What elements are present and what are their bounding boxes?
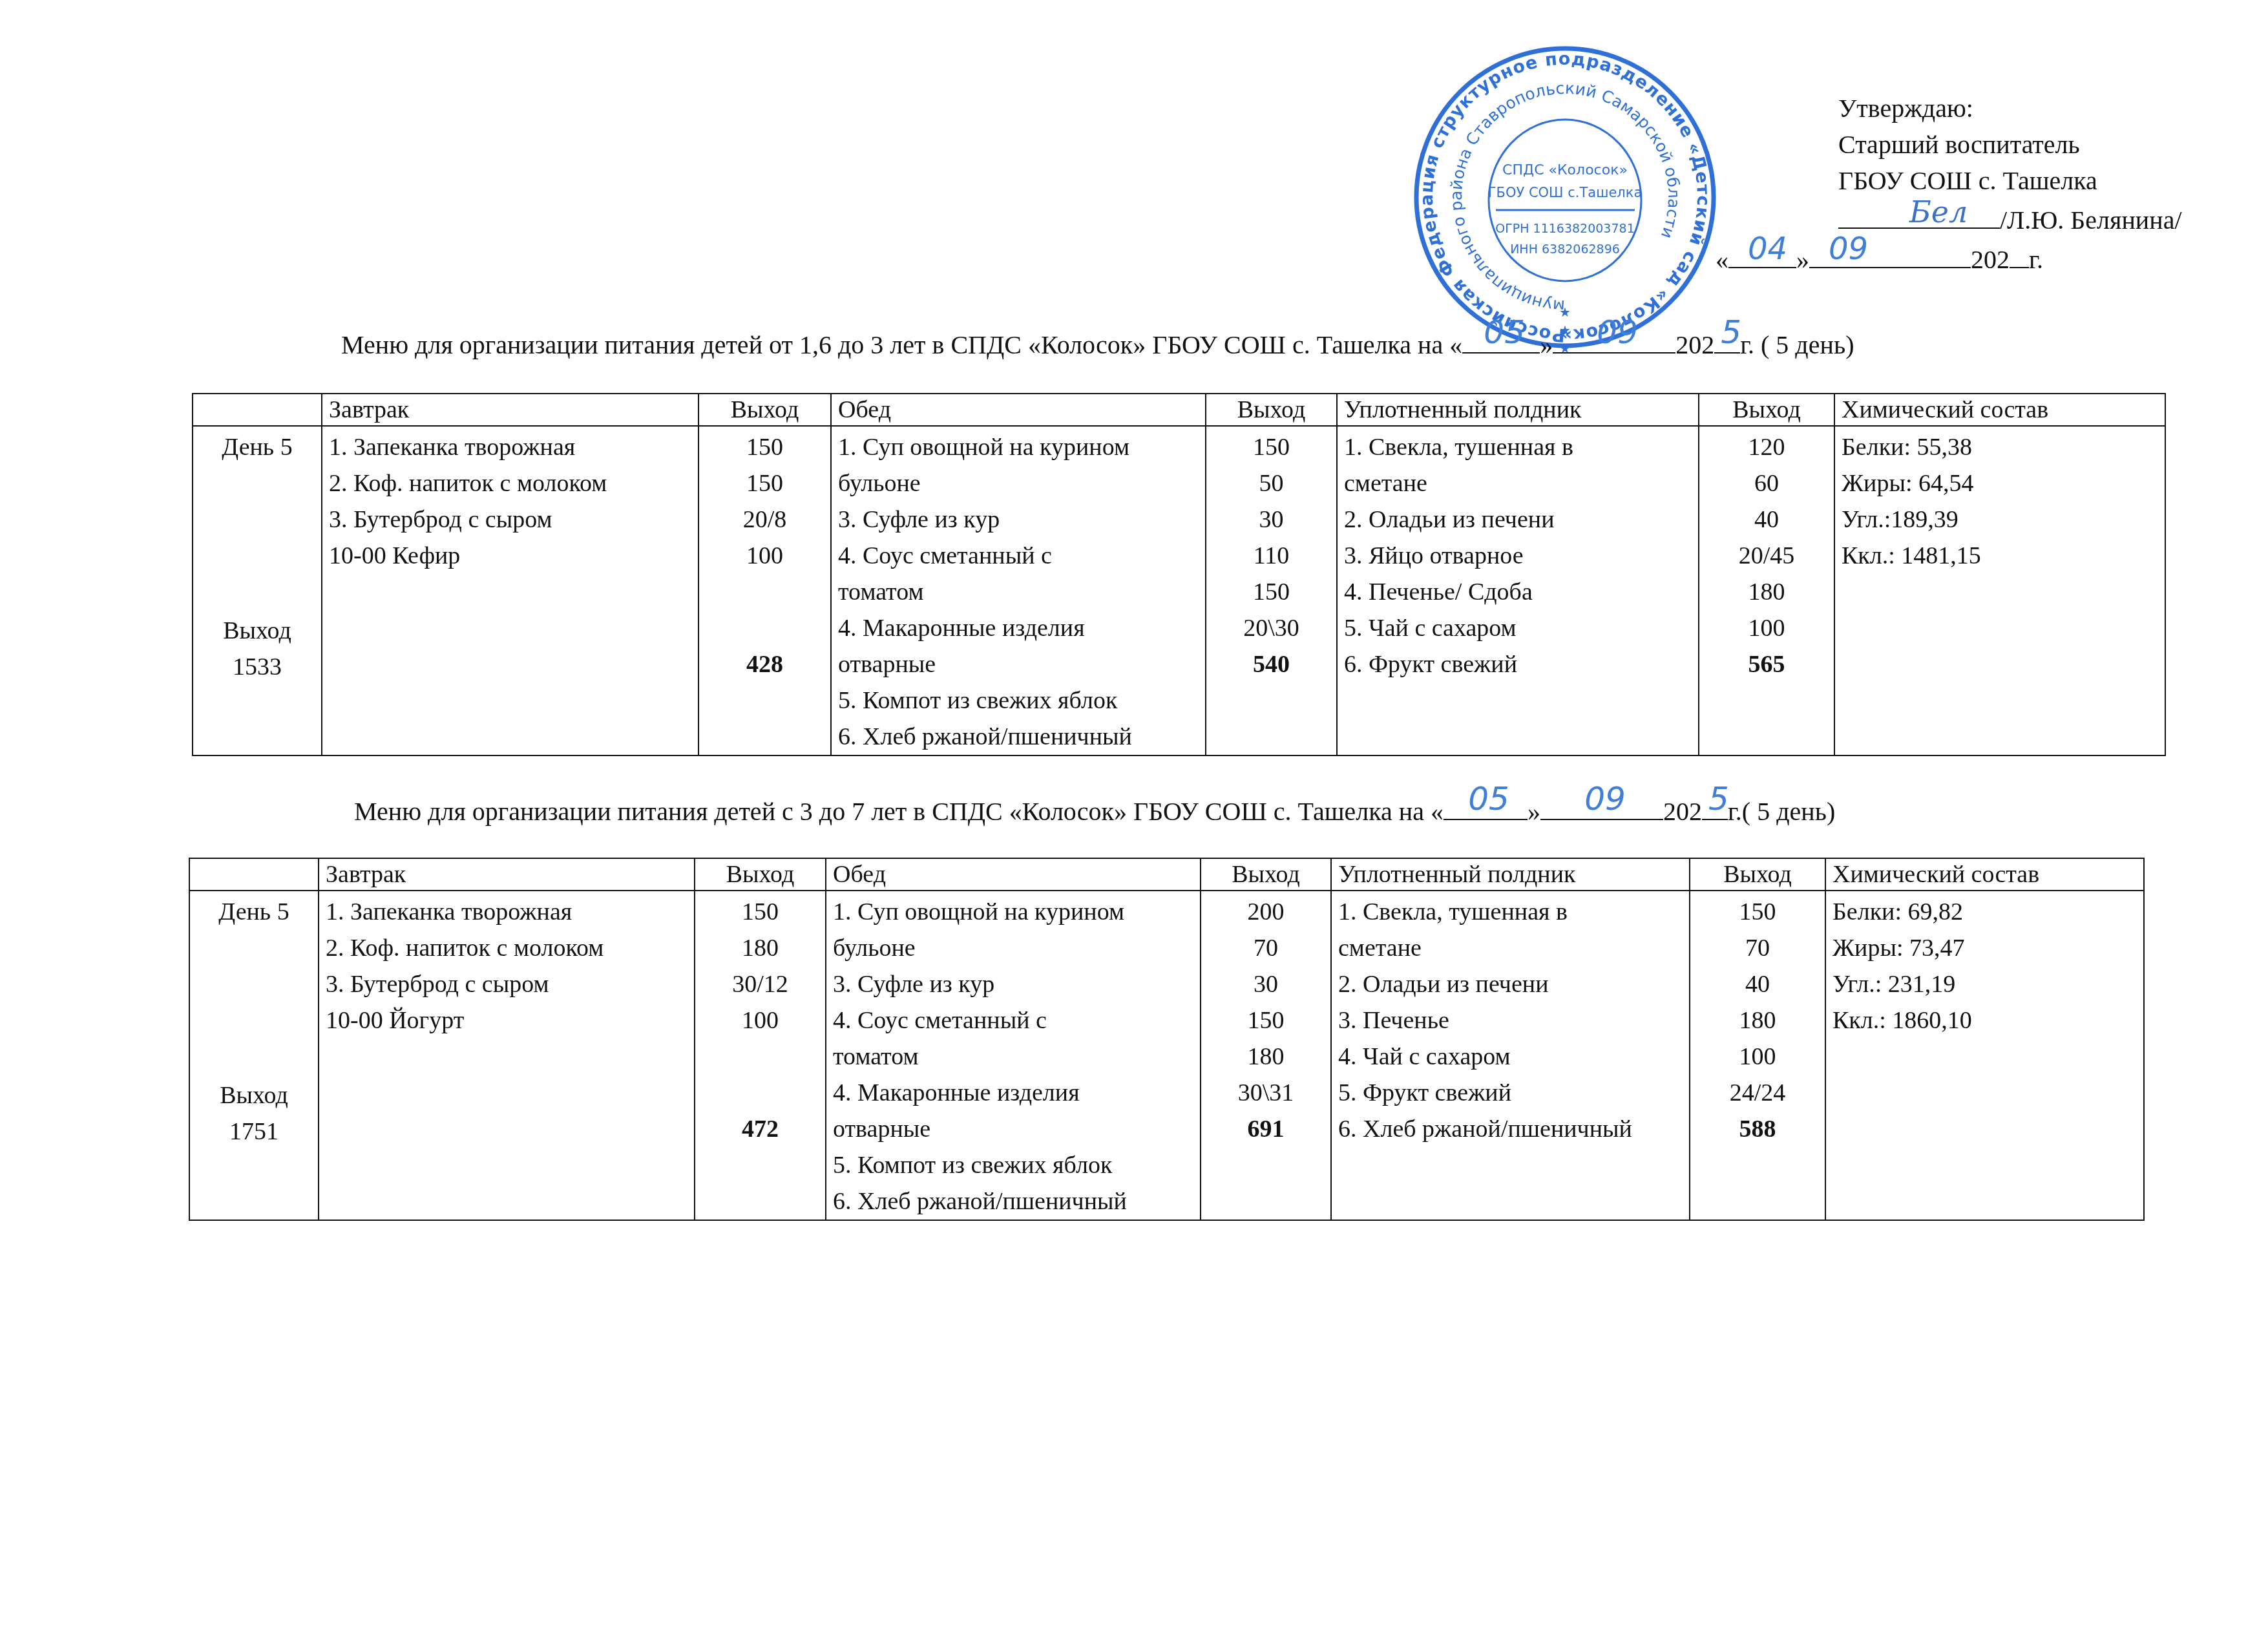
header-breakfast-yield: Выход — [695, 858, 826, 891]
list-item: 20\30 — [1213, 610, 1330, 646]
list-item: 4. Чай с сахаром — [1338, 1039, 1683, 1075]
list-item: 6. Фрукт свежий — [1344, 646, 1692, 682]
list-item: Белки: 69,82 — [1832, 894, 2137, 930]
list-item: 6. Хлеб ржаной/пшеничный — [1338, 1111, 1683, 1147]
list-item: 6. Хлеб ржаной/пшеничный — [838, 719, 1199, 755]
list-item: 70 — [1697, 930, 1818, 966]
header-lunch: Обед — [831, 394, 1206, 426]
lunch-items: 1. Суп овощной на куриномбульоне3. Суфле… — [826, 891, 1201, 1220]
breakfast-items: 1. Запеканка творожная2. Коф. напиток с … — [319, 891, 695, 1220]
list-item: 30/12 — [702, 966, 819, 1002]
list-item: 5. Компот из свежих яблок — [838, 682, 1199, 719]
menu-table: ЗавтракВыходОбедВыходУплотненный полдник… — [189, 858, 2145, 1221]
header-blank — [193, 394, 322, 426]
lunch-items: 1. Суп овощной на куриномбульоне3. Суфле… — [831, 426, 1206, 755]
list-item: 30\31 — [1208, 1075, 1324, 1111]
header-lunch: Обед — [826, 858, 1201, 891]
menu-date-month[interactable]: 09 — [1553, 326, 1675, 354]
list-item: бульоне — [838, 465, 1199, 502]
list-item: 10-00 Кефир — [329, 538, 691, 574]
list-item: сметане — [1344, 465, 1692, 502]
list-item: 110 — [1213, 538, 1330, 574]
list-item: 4. Макаронные изделия — [833, 1075, 1193, 1111]
list-item: 70 — [1208, 930, 1324, 966]
list-item: 180 — [1208, 1039, 1324, 1075]
list-item: 3. Яйцо отварное — [1344, 538, 1692, 574]
breakfast-total: 428 — [706, 646, 824, 682]
list-item: 100 — [1706, 610, 1827, 646]
list-item: 2. Коф. напиток с молоком — [326, 930, 688, 966]
header-snack-yield: Выход — [1690, 858, 1825, 891]
header-breakfast: Завтрак — [322, 394, 698, 426]
list-item: 60 — [1706, 465, 1827, 502]
stamp-center-1: СПДС «Колосок» — [1502, 162, 1628, 178]
table-header-row: ЗавтракВыходОбедВыходУплотненный полдник… — [193, 394, 2165, 426]
list-item: 3. Суфле из кур — [838, 502, 1199, 538]
breakfast-total: 472 — [702, 1111, 819, 1147]
list-item: 3. Суфле из кур — [833, 966, 1193, 1002]
list-item: томатом — [833, 1039, 1193, 1075]
list-item: Жиры: 64,54 — [1842, 465, 2158, 502]
breakfast-items: 1. Запеканка творожная2. Коф. напиток с … — [322, 426, 698, 755]
list-item: 150 — [1213, 574, 1330, 610]
header-breakfast: Завтрак — [319, 858, 695, 891]
approval-date-month[interactable]: 09 — [1809, 238, 1971, 268]
table-header-row: ЗавтракВыходОбедВыходУплотненный полдник… — [189, 858, 2144, 891]
menu-date-day[interactable]: 05 — [1444, 793, 1528, 820]
list-item: 4. Соус сметанный с — [838, 538, 1199, 574]
snack-yields: 150704018010024/24588 — [1690, 891, 1825, 1220]
list-item: 1. Суп овощной на курином — [838, 429, 1199, 465]
list-item: отварные — [833, 1111, 1193, 1147]
list-item: 20/8 — [706, 502, 824, 538]
approval-block: Утверждаю: Старший воспитатель ГБОУ СОШ … — [1838, 90, 2182, 278]
snack-yields: 120604020/45180100565 — [1699, 426, 1834, 755]
list-item: 10-00 Йогурт — [326, 1002, 688, 1039]
list-item: Угл.:189,39 — [1842, 502, 2158, 538]
list-item: 150 — [1213, 429, 1330, 465]
menu-date-year[interactable]: 5 — [1714, 326, 1740, 354]
list-item: 40 — [1706, 502, 1827, 538]
menu-date-day[interactable]: 05 — [1462, 326, 1540, 354]
list-item: 3. Бутерброд с сыром — [329, 502, 691, 538]
stamp-center-3: ОГРН 1116382003781 — [1495, 222, 1634, 236]
list-item: 180 — [1706, 574, 1827, 610]
table-row: День 5Выход15331. Запеканка творожная2. … — [193, 426, 2165, 755]
list-item: 1. Суп овощной на курином — [833, 894, 1193, 930]
approval-heading: Утверждаю: — [1838, 90, 2182, 127]
list-item: 30 — [1208, 966, 1324, 1002]
stamp-center-4: ИНН 6382062896 — [1510, 242, 1620, 257]
list-item: бульоне — [833, 930, 1193, 966]
signature-field[interactable]: Бел — [1838, 199, 2000, 229]
list-item: 5. Компот из свежих яблок — [833, 1147, 1193, 1183]
lunch-yields: 150503011015020\30540 — [1206, 426, 1337, 755]
menu-title: Меню для организации питания детей от 1,… — [341, 326, 1854, 360]
list-item: Угл.: 231,19 — [1832, 966, 2137, 1002]
list-item: 1. Запеканка творожная — [326, 894, 688, 930]
list-item: 24/24 — [1697, 1075, 1818, 1111]
menu-table: ЗавтракВыходОбедВыходУплотненный полдник… — [192, 393, 2166, 756]
list-item: 180 — [702, 930, 819, 966]
stamp-center-2: ГБОУ СОШ с.Ташелка — [1488, 185, 1643, 200]
list-item: отварные — [838, 646, 1199, 682]
snack-items: 1. Свекла, тушенная всметане2. Оладьи из… — [1331, 891, 1690, 1220]
day-total-label: Выход — [193, 613, 321, 649]
list-item: 2. Оладьи из печени — [1344, 502, 1692, 538]
list-item: сметане — [1338, 930, 1683, 966]
list-item: 6. Хлеб ржаной/пшеничный — [833, 1183, 1193, 1220]
approval-organization: ГБОУ СОШ с. Ташелка — [1838, 163, 2182, 199]
list-item: 3. Бутерброд с сыром — [326, 966, 688, 1002]
menu-title: Меню для организации питания детей с 3 д… — [354, 793, 1835, 827]
list-item: 1. Свекла, тушенная в — [1344, 429, 1692, 465]
list-item: 4. Макаронные изделия — [838, 610, 1199, 646]
header-lunch-yield: Выход — [1201, 858, 1331, 891]
day-cell: День 5Выход1533 — [193, 426, 322, 755]
day-label: День 5 — [200, 429, 315, 465]
list-item: 1. Свекла, тушенная в — [1338, 894, 1683, 930]
header-blank — [189, 858, 319, 891]
list-item: 100 — [1697, 1039, 1818, 1075]
list-item: 150 — [1208, 1002, 1324, 1039]
list-item: 20/45 — [1706, 538, 1827, 574]
list-item: 200 — [1208, 894, 1324, 930]
day-total-value: 1751 — [190, 1114, 318, 1150]
list-item: 40 — [1697, 966, 1818, 1002]
chemical-composition: Белки: 69,82Жиры: 73,47Угл.: 231,19Ккл.:… — [1825, 891, 2144, 1220]
menu-date-year[interactable]: 5 — [1702, 793, 1728, 820]
day-total-value: 1533 — [193, 649, 321, 685]
header-snack: Уплотненный полдник — [1337, 394, 1699, 426]
breakfast-yields: 15018030/12100472 — [695, 891, 826, 1220]
list-item: Белки: 55,38 — [1842, 429, 2158, 465]
list-item: 30 — [1213, 502, 1330, 538]
list-item: 5. Фрукт свежий — [1338, 1075, 1683, 1111]
list-item: 3. Печенье — [1338, 1002, 1683, 1039]
list-item: 4. Соус сметанный с — [833, 1002, 1193, 1039]
list-item: 2. Оладьи из печени — [1338, 966, 1683, 1002]
list-item: 50 — [1213, 465, 1330, 502]
menu-date-month[interactable]: 09 — [1540, 793, 1663, 820]
list-item: 2. Коф. напиток с молоком — [329, 465, 691, 502]
list-item: 150 — [702, 894, 819, 930]
lunch-total: 540 — [1213, 646, 1330, 682]
lunch-total: 691 — [1208, 1111, 1324, 1147]
table-row: День 5Выход17511. Запеканка творожная2. … — [189, 891, 2144, 1220]
list-item: Ккл.: 1481,15 — [1842, 538, 2158, 574]
day-total-label: Выход — [190, 1077, 318, 1114]
list-item: Ккл.: 1860,10 — [1832, 1002, 2137, 1039]
approval-date-year[interactable] — [2010, 238, 2029, 268]
list-item: 150 — [706, 429, 824, 465]
lunch-yields: 200703015018030\31691 — [1201, 891, 1331, 1220]
list-item: Жиры: 73,47 — [1832, 930, 2137, 966]
list-item: 5. Чай с сахаром — [1344, 610, 1692, 646]
chemical-composition: Белки: 55,38Жиры: 64,54Угл.:189,39Ккл.: … — [1834, 426, 2165, 755]
day-cell: День 5Выход1751 — [189, 891, 319, 1220]
snack-total: 588 — [1697, 1111, 1818, 1147]
handwritten-signature: Бел — [1909, 194, 1968, 230]
header-snack: Уплотненный полдник — [1331, 858, 1690, 891]
approval-signer: /Л.Ю. Белянина/ — [2000, 206, 2182, 235]
list-item: 100 — [702, 1002, 819, 1039]
header-lunch-yield: Выход — [1206, 394, 1337, 426]
snack-total: 565 — [1706, 646, 1827, 682]
snack-items: 1. Свекла, тушенная всметане2. Оладьи из… — [1337, 426, 1699, 755]
list-item: 120 — [1706, 429, 1827, 465]
header-snack-yield: Выход — [1699, 394, 1834, 426]
approval-date-day[interactable]: 04 — [1728, 238, 1796, 268]
approval-position: Старший воспитатель — [1838, 127, 2182, 163]
header-chemical: Химический состав — [1825, 858, 2144, 891]
header-breakfast-yield: Выход — [698, 394, 831, 426]
list-item: 100 — [706, 538, 824, 574]
breakfast-yields: 15015020/8100428 — [698, 426, 831, 755]
header-chemical: Химический состав — [1834, 394, 2165, 426]
list-item: томатом — [838, 574, 1199, 610]
list-item: 150 — [1697, 894, 1818, 930]
list-item: 150 — [706, 465, 824, 502]
list-item: 4. Печенье/ Сдоба — [1344, 574, 1692, 610]
day-label: День 5 — [196, 894, 311, 930]
list-item: 1. Запеканка творожная — [329, 429, 691, 465]
list-item: 180 — [1697, 1002, 1818, 1039]
